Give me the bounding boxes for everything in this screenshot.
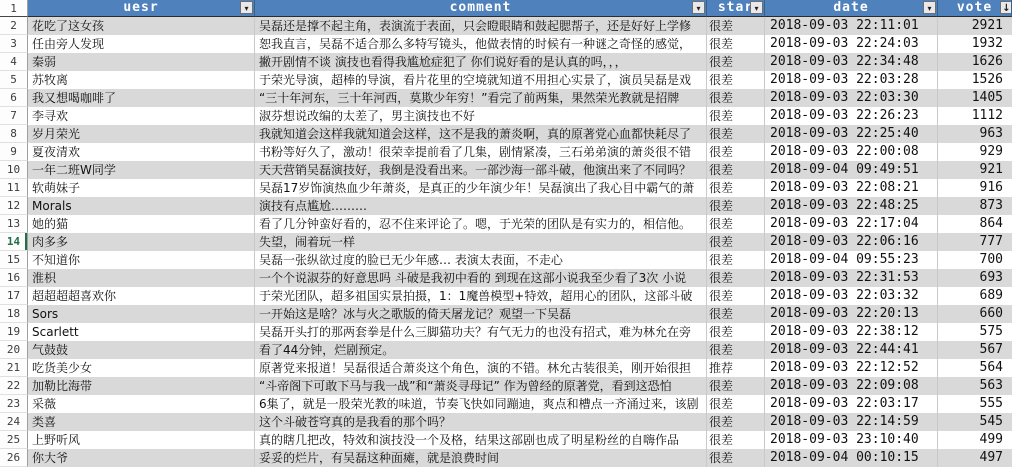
date-cell[interactable]: 2018-09-04 09:55:23 [765,251,938,269]
user-cell[interactable]: 上野听风 [28,431,255,449]
star-cell[interactable]: 很差 [707,143,765,161]
row-number-cell[interactable]: 15 [0,251,28,269]
comment-cell[interactable]: 失望，闹着玩一样 [255,233,707,251]
filter-dropdown-icon[interactable]: ▾ [750,1,763,14]
user-cell[interactable]: 苏牧离 [28,71,255,89]
row-number-cell[interactable]: 8 [0,125,28,143]
date-cell[interactable]: 2018-09-03 22:11:01 [765,17,938,35]
star-cell[interactable]: 很差 [707,197,765,215]
row-number-cell[interactable]: 4 [0,53,28,71]
date-cell[interactable]: 2018-09-03 22:25:40 [765,125,938,143]
table-row: 13 她的猫 看了几分钟蛮好看的，忍不住来评论了。嗯，于光荣的团队是有实力的，相… [0,215,1012,233]
vote-cell[interactable]: 660 [938,305,1012,323]
filter-dropdown-icon[interactable]: ▾ [923,1,936,14]
vote-cell[interactable]: 921 [938,161,1012,179]
star-cell[interactable]: 很差 [707,287,765,305]
row-number-cell[interactable]: 21 [0,359,28,377]
date-cell[interactable]: 2018-09-03 22:03:28 [765,71,938,89]
user-cell[interactable]: 吃货美少女 [28,359,255,377]
comment-cell[interactable]: 吴磊开头打的那两套拳是什么三脚猫功夫？有气无力的也没有招式，难为林允在旁 [255,323,707,341]
date-cell[interactable]: 2018-09-03 22:09:08 [765,377,938,395]
vote-cell[interactable]: 693 [938,269,1012,287]
vote-cell[interactable]: 1932 [938,35,1012,53]
header-row: 1 uesr ▾ comment ▾ star ▾ date ▾ vote ↓ [0,0,1012,17]
date-cell[interactable]: 2018-09-03 22:44:41 [765,341,938,359]
row-number-cell[interactable]: 14 [0,233,28,251]
star-cell[interactable]: 很差 [707,107,765,125]
user-cell[interactable]: 花吃了这女孩 [28,17,255,35]
table-row: 18 Sors 一开始这是啥？冰与火之歌版的倚天屠龙记？观望一下吴磊 很差 20… [0,305,1012,323]
column-header-user[interactable]: uesr ▾ [28,0,255,17]
column-header-star[interactable]: star ▾ [707,0,765,17]
table-row: 11 软萌妹子 吴磊17岁饰演热血少年萧炎，是真正的少年演少年！吴磊演出了我心目… [0,179,1012,197]
date-cell[interactable]: 2018-09-04 00:10:15 [765,449,938,467]
star-cell[interactable]: 很差 [707,233,765,251]
table-row: 16 淮枳 一个个说淑芬的好意思吗 斗破是我初中看的 到现在这部小说我至少看了3… [0,269,1012,287]
table-row: 8 岁月荣光 我就知道会这样我就知道会这样，这不是我的萧炎啊，真的原著党心血都快… [0,125,1012,143]
user-cell[interactable]: 类喜 [28,413,255,431]
comment-cell[interactable]: 于荣光团队，超多祖国实景拍摄，1：1魔兽模型+特效，超用心的团队，这部斗破 [255,287,707,305]
row-number-cell[interactable]: 26 [0,449,28,467]
comment-cell[interactable]: 6集了，就是一股荣光教的味道，节奏飞快如同蹦迪，爽点和槽点一齐涌过来，该剧 [255,395,707,413]
user-cell[interactable]: 你大爷 [28,449,255,467]
column-header-date[interactable]: date ▾ [765,0,938,17]
table-row: 21 吃货美少女 原著党来报道！吴磊很适合萧炎这个角色，演的不错。林允古装很美，… [0,359,1012,377]
filter-dropdown-icon[interactable]: ▾ [692,1,705,14]
date-cell[interactable]: 2018-09-03 22:08:21 [765,179,938,197]
user-cell[interactable]: 加勒比海带 [28,377,255,395]
date-cell[interactable]: 2018-09-03 22:34:48 [765,53,938,71]
user-cell[interactable]: 气鼓鼓 [28,341,255,359]
table-row: 19 Scarlett 吴磊开头打的那两套拳是什么三脚猫功夫？有气无力的也没有招… [0,323,1012,341]
user-cell[interactable]: 一年二班W同学 [28,161,255,179]
date-cell[interactable]: 2018-09-03 22:48:25 [765,197,938,215]
star-cell[interactable]: 很差 [707,377,765,395]
user-cell[interactable]: 采薇 [28,395,255,413]
vote-cell[interactable]: 929 [938,143,1012,161]
vote-cell[interactable]: 963 [938,125,1012,143]
row-number-cell[interactable]: 7 [0,107,28,125]
table-row: 4 秦弱 撇开剧情不谈 演技也看得我尴尬症犯了 你们说好看的是认真的吗，，， 很… [0,53,1012,71]
user-cell[interactable]: 李寻欢 [28,107,255,125]
star-cell[interactable]: 很差 [707,17,765,35]
star-cell[interactable]: 很差 [707,269,765,287]
row-number-cell[interactable]: 23 [0,395,28,413]
table-row: 7 李寻欢 淑芬想说改编的太差了，男主演技也不好 很差 2018-09-03 2… [0,107,1012,125]
date-cell[interactable]: 2018-09-03 22:03:17 [765,395,938,413]
comment-cell[interactable]: 一个个说淑芬的好意思吗 斗破是我初中看的 到现在这部小说我至少看了3次 小说 [255,269,707,287]
comment-cell[interactable]: 天天营销吴磊演技好，我倒是没看出来。一部沙海一部斗破，他演出来了不同吗？ [255,161,707,179]
row-number-cell[interactable]: 16 [0,269,28,287]
date-cell[interactable]: 2018-09-03 22:00:08 [765,143,938,161]
comment-cell[interactable]: 一开始这是啥？冰与火之歌版的倚天屠龙记？观望一下吴磊 [255,305,707,323]
user-cell[interactable]: 肉多多 [28,233,255,251]
comment-cell[interactable]: 吴磊还是撑不起主角，表演流于表面，只会瞪眼睛和鼓起腮帮子，还是好好上学修 [255,17,707,35]
star-cell[interactable]: 很差 [707,305,765,323]
row-number-cell[interactable]: 12 [0,197,28,215]
star-cell[interactable]: 很差 [707,431,765,449]
user-cell[interactable]: 我又想喝咖啡了 [28,89,255,107]
star-cell[interactable]: 很差 [707,35,765,53]
user-cell[interactable]: 秦弱 [28,53,255,71]
date-cell[interactable]: 2018-09-03 23:10:40 [765,431,938,449]
table-row: 23 采薇 6集了，就是一股荣光教的味道，节奏飞快如同蹦迪，爽点和槽点一齐涌过来… [0,395,1012,413]
date-cell[interactable]: 2018-09-03 22:06:16 [765,233,938,251]
comment-cell[interactable]: 妥妥的烂片，有吴磊这种面瘫，就是浪费时间 [255,449,707,467]
sort-descending-filter-icon[interactable]: ↓ [1000,1,1012,14]
comment-cell[interactable]: 淑芬想说改编的太差了，男主演技也不好 [255,107,707,125]
star-cell[interactable]: 很差 [707,395,765,413]
sheet-body: 2 花吃了这女孩 吴磊还是撑不起主角，表演流于表面，只会瞪眼睛和鼓起腮帮子，还是… [0,17,1012,467]
date-cell[interactable]: 2018-09-03 22:03:32 [765,287,938,305]
comment-cell[interactable]: “斗帝阁下可敢下马与我一战”和“萧炎寻母记” 作为曾经的原著党，看到这恐怕 [255,377,707,395]
row-number-cell[interactable]: 19 [0,323,28,341]
row-number-cell[interactable]: 9 [0,143,28,161]
filter-dropdown-icon[interactable]: ▾ [240,1,253,14]
table-row: 17 超超超超喜欢你 于荣光团队，超多祖国实景拍摄，1：1魔兽模型+特效，超用心… [0,287,1012,305]
vote-cell[interactable]: 689 [938,287,1012,305]
user-cell[interactable]: 淮枳 [28,269,255,287]
star-cell[interactable]: 很差 [707,323,765,341]
row-number-cell[interactable]: 22 [0,377,28,395]
column-header-comment[interactable]: comment ▾ [255,0,707,17]
table-row: 15 不知道你 吴磊一张纵欲过度的脸已无少年感… 表演太表面，不走心 很差 20… [0,251,1012,269]
table-row: 6 我又想喝咖啡了 “三十年河东，三十年河西，莫欺少年穷！”看完了前两集，果然荣… [0,89,1012,107]
user-cell[interactable]: 不知道你 [28,251,255,269]
vote-cell[interactable]: 497 [938,449,1012,467]
row-number-cell[interactable]: 3 [0,35,28,53]
table-row: 12 Morals 演技有点尴尬……… 很差 2018-09-03 22:48:… [0,197,1012,215]
table-row: 9 夏夜清欢 书粉等好久了，激动！很荣幸提前看了几集，剧情紧凑，三石弟弟演的萧炎… [0,143,1012,161]
date-cell[interactable]: 2018-09-03 22:14:59 [765,413,938,431]
comment-cell[interactable]: 书粉等好久了，激动！很荣幸提前看了几集，剧情紧凑，三石弟弟演的萧炎很不错 [255,143,707,161]
date-cell[interactable]: 2018-09-03 22:03:30 [765,89,938,107]
date-cell[interactable]: 2018-09-03 22:38:12 [765,323,938,341]
comment-cell[interactable]: 撇开剧情不谈 演技也看得我尴尬症犯了 你们说好看的是认真的吗，，， [255,53,707,71]
comment-cell[interactable]: 演技有点尴尬……… [255,197,707,215]
row-number-cell[interactable]: 2 [0,17,28,35]
star-cell[interactable]: 很差 [707,341,765,359]
comment-cell[interactable]: 恕我直言，吴磊不适合那么多特写镜头，他做表情的时候有一种谜之奇怪的感觉， [255,35,707,53]
row-number-cell[interactable]: 5 [0,71,28,89]
star-cell[interactable]: 很差 [707,71,765,89]
comment-cell[interactable]: 看了几分钟蛮好看的，忍不住来评论了。嗯，于光荣的团队是有实力的，相信他。 [255,215,707,233]
date-cell[interactable]: 2018-09-04 09:49:51 [765,161,938,179]
row-number-cell[interactable]: 11 [0,179,28,197]
user-cell[interactable]: 夏夜清欢 [28,143,255,161]
comment-cell[interactable]: 我就知道会这样我就知道会这样，这不是我的萧炎啊，真的原著党心血都快耗尽了 [255,125,707,143]
table-row: 10 一年二班W同学 天天营销吴磊演技好，我倒是没看出来。一部沙海一部斗破，他演… [0,161,1012,179]
row-number-cell[interactable]: 24 [0,413,28,431]
date-cell[interactable]: 2018-09-03 22:17:04 [765,215,938,233]
row-number-cell[interactable]: 18 [0,305,28,323]
table-row: 24 类喜 这个斗破苍穹真的是我看的那个吗？ 很差 2018-09-03 22:… [0,413,1012,431]
comment-cell[interactable]: 吴磊17岁饰演热血少年萧炎，是真正的少年演少年！吴磊演出了我心目中霸气的萧 [255,179,707,197]
comment-cell[interactable]: 于荣光导演，超棒的导演，看片花里的空境就知道不用担心实景了，演员吴磊是戏 [255,71,707,89]
star-cell[interactable]: 很差 [707,251,765,269]
table-row: 14 肉多多 失望，闹着玩一样 很差 2018-09-03 22:06:16 7… [0,233,1012,251]
vote-cell[interactable]: 1405 [938,89,1012,107]
date-cell[interactable]: 2018-09-03 22:26:23 [765,107,938,125]
table-row: 3 任由旁人发现 恕我直言，吴磊不适合那么多特写镜头，他做表情的时候有一种谜之奇… [0,35,1012,53]
star-cell[interactable]: 很差 [707,215,765,233]
column-header-user-label: uesr [28,0,254,16]
row-number-cell[interactable]: 13 [0,215,28,233]
comment-cell[interactable]: 看了44分钟，烂剧预定。 [255,341,707,359]
vote-cell[interactable]: 777 [938,233,1012,251]
vote-cell[interactable]: 499 [938,431,1012,449]
row-number-cell[interactable]: 20 [0,341,28,359]
comment-cell[interactable]: 原著党来报道！吴磊很适合萧炎这个角色，演的不错。林允古装很美，刚开始很担 [255,359,707,377]
row-number-cell[interactable]: 10 [0,161,28,179]
column-header-date-label: date [765,0,937,16]
date-cell[interactable]: 2018-09-03 22:12:52 [765,359,938,377]
user-cell[interactable]: 超超超超喜欢你 [28,287,255,305]
column-header-comment-label: comment [255,0,706,16]
vote-cell[interactable]: 2921 [938,17,1012,35]
column-header-vote[interactable]: vote ↓ [938,0,1012,17]
table-row: 25 上野听风 真的瞎几把改，特效和演技没一个及格，结果这部剧也成了明星粉丝的自… [0,431,1012,449]
star-cell[interactable]: 很差 [707,449,765,467]
star-cell[interactable]: 很差 [707,125,765,143]
row-number-cell[interactable]: 1 [0,0,28,17]
vote-cell[interactable]: 567 [938,341,1012,359]
star-cell[interactable]: 很差 [707,53,765,71]
row-number-cell[interactable]: 6 [0,89,28,107]
comment-cell[interactable]: “三十年河东，三十年河西，莫欺少年穷！”看完了前两集，果然荣光教就是招牌 [255,89,707,107]
vote-cell[interactable]: 864 [938,215,1012,233]
table-row: 2 花吃了这女孩 吴磊还是撑不起主角，表演流于表面，只会瞪眼睛和鼓起腮帮子，还是… [0,17,1012,35]
user-cell[interactable]: 软萌妹子 [28,179,255,197]
vote-cell[interactable]: 700 [938,251,1012,269]
star-cell[interactable]: 推荐 [707,359,765,377]
spreadsheet: 1 uesr ▾ comment ▾ star ▾ date ▾ vote ↓ … [0,0,1012,467]
row-number-cell[interactable]: 25 [0,431,28,449]
user-cell[interactable]: Sors [28,305,255,323]
user-cell[interactable]: 岁月荣光 [28,125,255,143]
row-number-cell[interactable]: 17 [0,287,28,305]
star-cell[interactable]: 很差 [707,179,765,197]
vote-cell[interactable]: 563 [938,377,1012,395]
vote-cell[interactable]: 555 [938,395,1012,413]
table-row: 26 你大爷 妥妥的烂片，有吴磊这种面瘫，就是浪费时间 很差 2018-09-0… [0,449,1012,467]
user-cell[interactable]: Morals [28,197,255,215]
user-cell[interactable]: 任由旁人发现 [28,35,255,53]
vote-cell[interactable]: 575 [938,323,1012,341]
vote-cell[interactable]: 1526 [938,71,1012,89]
star-cell[interactable]: 很差 [707,161,765,179]
user-cell[interactable]: 她的猫 [28,215,255,233]
table-row: 22 加勒比海带 “斗帝阁下可敢下马与我一战”和“萧炎寻母记” 作为曾经的原著党… [0,377,1012,395]
date-cell[interactable]: 2018-09-03 22:31:53 [765,269,938,287]
comment-cell[interactable]: 这个斗破苍穹真的是我看的那个吗？ [255,413,707,431]
table-row: 5 苏牧离 于荣光导演，超棒的导演，看片花里的空境就知道不用担心实景了，演员吴磊… [0,71,1012,89]
date-cell[interactable]: 2018-09-03 22:20:13 [765,305,938,323]
date-cell[interactable]: 2018-09-03 22:24:03 [765,35,938,53]
vote-cell[interactable]: 873 [938,197,1012,215]
user-cell[interactable]: Scarlett [28,323,255,341]
vote-cell[interactable]: 916 [938,179,1012,197]
star-cell[interactable]: 很差 [707,89,765,107]
vote-cell[interactable]: 564 [938,359,1012,377]
comment-cell[interactable]: 真的瞎几把改，特效和演技没一个及格，结果这部剧也成了明星粉丝的自嗨作品 [255,431,707,449]
vote-cell[interactable]: 545 [938,413,1012,431]
comment-cell[interactable]: 吴磊一张纵欲过度的脸已无少年感… 表演太表面，不走心 [255,251,707,269]
vote-cell[interactable]: 1112 [938,107,1012,125]
table-row: 20 气鼓鼓 看了44分钟，烂剧预定。 很差 2018-09-03 22:44:… [0,341,1012,359]
star-cell[interactable]: 很差 [707,413,765,431]
vote-cell[interactable]: 1626 [938,53,1012,71]
